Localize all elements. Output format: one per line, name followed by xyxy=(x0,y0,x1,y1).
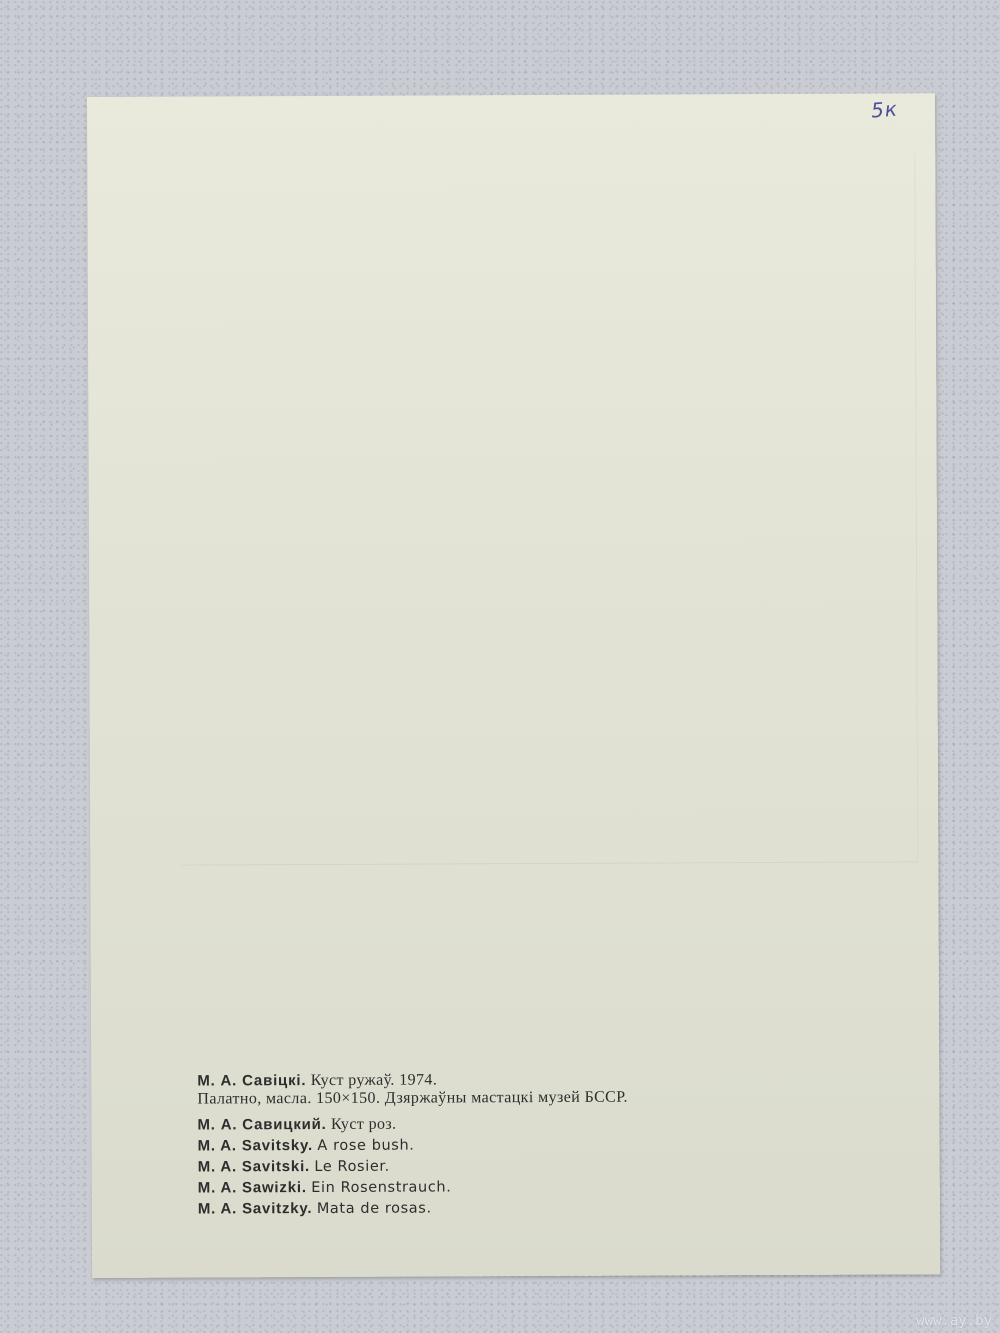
artwork-title: Le Rosier. xyxy=(314,1159,389,1175)
caption-line-de: M. A. Sawizki. Ein Rosenstrauch. xyxy=(198,1178,629,1198)
artwork-caption: М. А. Савіцкі. Куст ружаў. 1974. Палатно… xyxy=(197,1071,628,1219)
caption-line-belarusian: М. А. Савіцкі. Куст ружаў. 1974. xyxy=(197,1071,628,1091)
site-watermark: www.ay.by xyxy=(916,1313,992,1329)
caption-line-en: M. A. Savitsky. A rose bush. xyxy=(198,1136,629,1156)
artwork-title: Куст роз. xyxy=(331,1116,397,1133)
artwork-title: Mata de rosas. xyxy=(317,1201,432,1218)
image-impression-outline xyxy=(179,153,918,865)
caption-details: Палатно, масла. 150×150. Дзяржаўны маста… xyxy=(197,1089,628,1109)
author-name: M. A. Savitzky. xyxy=(198,1200,313,1217)
caption-line-es: M. A. Savitzky. Mata de rosas. xyxy=(198,1199,629,1219)
author-name: М. А. Савицкий. xyxy=(197,1116,326,1134)
author-name: M. A. Savitsky. xyxy=(198,1137,313,1155)
caption-line-fr: M. A. Savitski. Le Rosier. xyxy=(198,1157,629,1177)
handwritten-price-note: 5к xyxy=(870,97,899,123)
artwork-title: A rose bush. xyxy=(317,1138,414,1154)
author-name: М. А. Савіцкі. xyxy=(197,1072,306,1089)
caption-line-ru: М. А. Савицкий. Куст роз. xyxy=(197,1115,628,1135)
artwork-title: Ein Rosenstrauch. xyxy=(311,1179,451,1196)
author-name: M. A. Sawizki. xyxy=(198,1179,307,1196)
author-name: M. A. Savitski. xyxy=(198,1158,310,1175)
artwork-title: Куст ружаў. 1974. xyxy=(311,1071,438,1089)
artwork-details: Палатно, масла. 150×150. Дзяржаўны маста… xyxy=(197,1089,628,1108)
postcard-back: 5к М. А. Савіцкі. Куст ружаў. 1974. Пала… xyxy=(87,93,940,1278)
